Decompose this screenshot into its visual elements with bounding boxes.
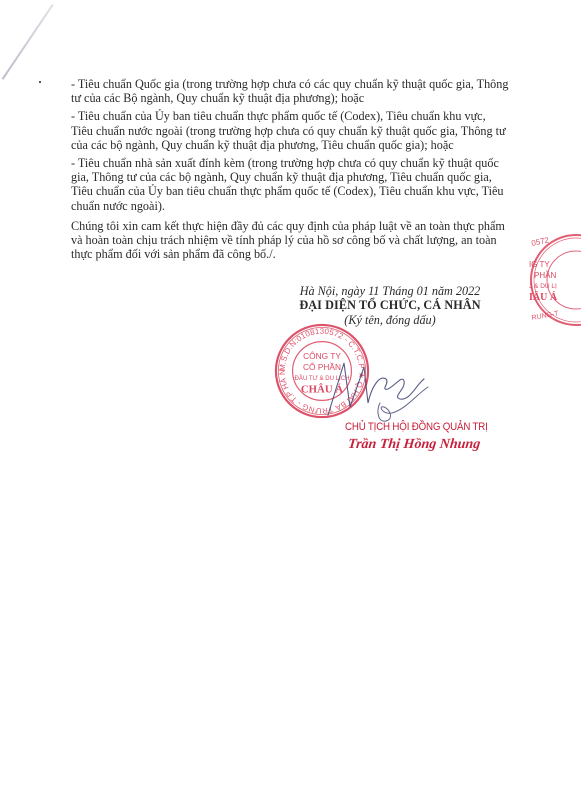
- text-line: Tiêu chuẩn của Ủy ban tiêu chuẩn thực ph…: [71, 184, 531, 198]
- edge-stamp-line-4: IÂU Á: [529, 291, 558, 303]
- text-line: - Tiêu chuẩn nhà sản xuất đính kèm (tron…: [71, 156, 531, 170]
- paragraph-manufacturer-standard: - Tiêu chuẩn nhà sản xuất đính kèm (tron…: [71, 156, 531, 213]
- signer-name: Trần Thị Hồng Nhung: [347, 437, 481, 453]
- date-line: Hà Nội, ngày 11 Tháng 01 năm 2022: [270, 284, 510, 298]
- signature-block: Hà Nội, ngày 11 Tháng 01 năm 2022 ĐẠI DI…: [270, 284, 510, 327]
- text-line: chuẩn nước ngoài).: [71, 199, 531, 213]
- paragraph-national-standard: - Tiêu chuẩn Quốc gia (trong trường hợp …: [71, 77, 531, 105]
- text-line: thực phẩm đối với sản phẩm đã công bố./.: [71, 247, 531, 261]
- text-line: của các bộ ngành, Quy chuẩn kỹ thuật địa…: [71, 138, 531, 152]
- text-line: Tiêu chuẩn nước ngoài (trong trường hợp …: [71, 124, 531, 138]
- text-line: - Tiêu chuẩn của Ủy ban tiêu chuẩn thực …: [71, 109, 531, 123]
- edge-stamp-line-3: J & DU LỊ: [529, 283, 557, 290]
- signer-role-title: CHỦ TỊCH HỘI ĐỒNG QUẢN TRỊ: [345, 421, 488, 433]
- text-line: - Tiêu chuẩn Quốc gia (trong trường hợp …: [71, 77, 531, 91]
- edge-stamp-line-2: PHẦN: [534, 270, 556, 280]
- text-line: tư của các Bộ ngành, Quy chuẩn kỹ thuật …: [71, 91, 531, 105]
- edge-stamp-icon: 0572 IG TY PHẦN J & DU LỊ IÂU Á RUNG-T: [528, 232, 581, 328]
- paragraph-codex-standard: - Tiêu chuẩn của Ủy ban tiêu chuẩn thực …: [71, 109, 531, 152]
- text-line: Chúng tôi xin cam kết thực hiện đầy đủ c…: [71, 219, 531, 233]
- edge-stamp-line-1: IG TY: [529, 260, 550, 269]
- handwritten-signature-icon: [320, 345, 430, 425]
- text-line: gia, Thông tư của các bộ ngành, Quy chuẩ…: [71, 170, 531, 184]
- text-line: và hoàn toàn chịu trách nhiệm về tính ph…: [71, 233, 531, 247]
- document-body: - Tiêu chuẩn Quốc gia (trong trường hợp …: [71, 77, 531, 265]
- paragraph-commitment: Chúng tôi xin cam kết thực hiện đầy đủ c…: [71, 219, 531, 262]
- representative-title: ĐẠI DIỆN TỔ CHỨC, CÁ NHÂN: [270, 298, 510, 312]
- scan-artifact-dot: [39, 81, 41, 83]
- scan-artifact-line: [2, 4, 54, 80]
